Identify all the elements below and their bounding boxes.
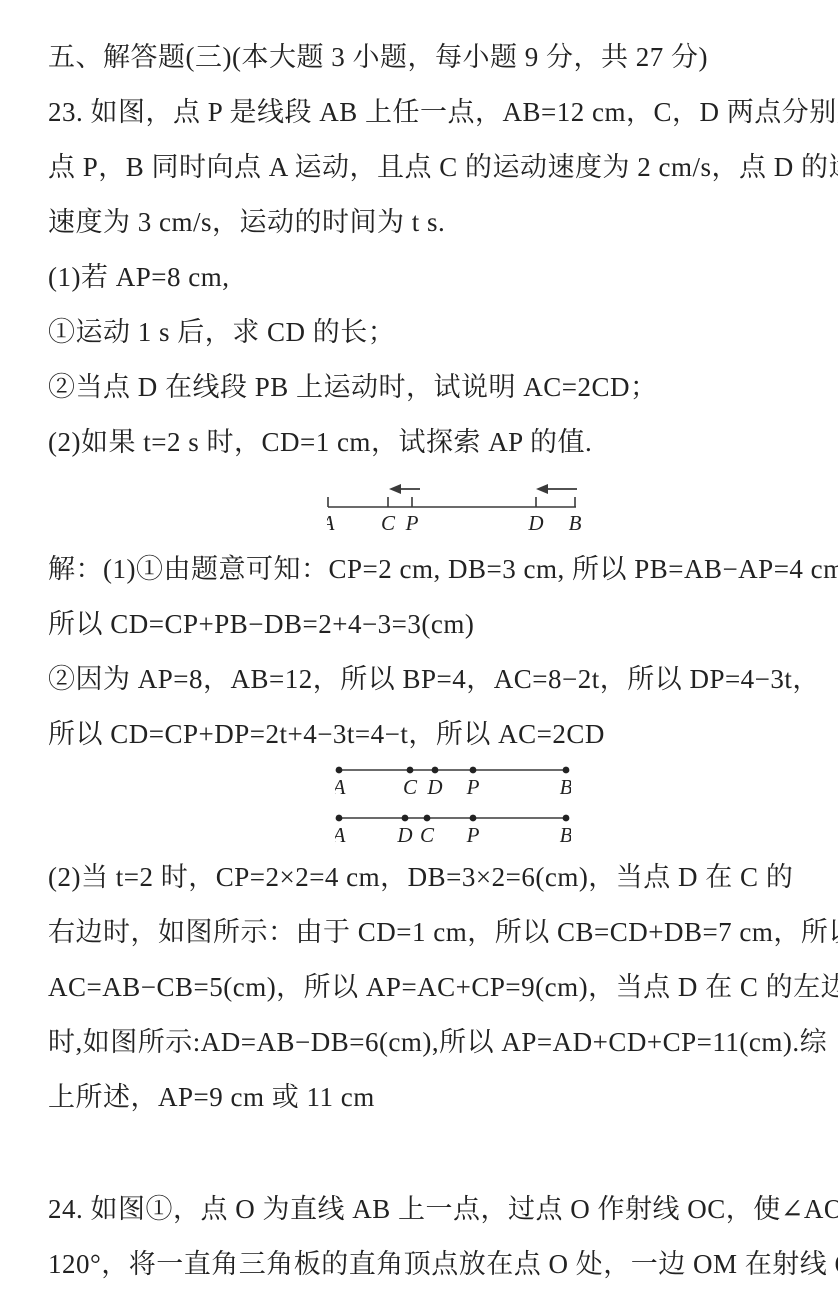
case2-label-d: D [396,823,412,847]
problem23-statement-line: (2)如果 t=2 s 时，CD=1 cm，试探索 AP 的值. [48,415,798,470]
case2-dot-p [470,815,477,822]
point-label-a: A [327,511,335,534]
problem23-solution-line: 所以 CD=CP+PB−DB=2+4−3=3(cm) [48,597,798,652]
case1-dot-c [407,767,414,774]
case1-dot-b [563,767,570,774]
problem23-statement-line: 点 P，B 同时向点 A 运动，且点 C 的运动速度为 2 cm/s，点 D 的… [48,140,798,195]
problem24-statement-line: 120°，将一直角三角板的直角顶点放在点 O 处，一边 OM 在射线 OB [48,1237,798,1292]
problem23-solution-line: 上所述，AP=9 cm 或 11 cm [48,1070,798,1125]
point-label-b: B [569,511,582,534]
section-heading: 五、解答题(三)(本大题 3 小题，每小题 9 分，共 27 分) [48,30,798,85]
case2-dot-c [424,815,431,822]
problem23-solution-line: 时,如图所示:AD=AB−DB=6(cm),所以 AP=AD+CD+CP=11(… [48,1015,798,1070]
case2-dot-b [563,815,570,822]
case1-label-p: P [466,775,480,799]
figure-segment-ab-with-moving-points: A C P D B [48,470,798,542]
left-arrow-d-head [536,484,548,494]
problem23-solution-line: AC=AB−CB=5(cm)，所以 AP=AC+CP=9(cm)，当点 D 在 … [48,960,798,1015]
case2-label-p: P [466,823,480,847]
worksheet-page: 五、解答题(三)(本大题 3 小题，每小题 9 分，共 27 分) 23. 如图… [0,0,838,1315]
case1-dot-p [470,767,477,774]
problem23-statement-line: ①运动 1 s 后，求 CD 的长； [48,305,798,360]
case1-label-d: D [426,775,442,799]
problem23-solution-line: ②因为 AP=8，AB=12，所以 BP=4，AC=8−2t，所以 DP=4−3… [48,652,798,707]
segment-diagram-cases: A C D P B A D C P B [335,762,571,850]
case2-label-a: A [335,823,346,847]
problem23-solution-line: 解：(1)①由题意可知：CP=2 cm, DB=3 cm, 所以 PB=AB−A… [48,542,798,597]
case2-label-c: C [420,823,435,847]
problem23-statement-line: 速度为 3 cm/s，运动的时间为 t s. [48,195,798,250]
problem23-statement-line: 23. 如图，点 P 是线段 AB 上任一点，AB=12 cm，C，D 两点分别… [48,85,798,140]
case1-label-b: B [560,775,571,799]
point-label-p: P [405,511,419,534]
case1-label-a: A [335,775,346,799]
case1-dot-a [336,767,343,774]
case1-label-c: C [403,775,418,799]
problem23-solution-line: (2)当 t=2 时，CP=2×2=4 cm，DB=3×2=6(cm)，当点 D… [48,850,798,905]
segment-diagram-main: A C P D B [327,470,587,534]
figure-two-cases-of-point-d: A C D P B A D C P B [48,762,798,850]
problem23-statement-line: (1)若 AP=8 cm, [48,250,798,305]
problem23-statement-line: ②当点 D 在线段 PB 上运动时，试说明 AC=2CD； [48,360,798,415]
left-arrow-c-head [389,484,401,494]
problem24-statement-line: 24. 如图①，点 O 为直线 AB 上一点，过点 O 作射线 OC，使∠AOC… [48,1182,798,1237]
case2-dot-d [402,815,409,822]
problem23-solution-line: 右边时，如图所示：由于 CD=1 cm，所以 CB=CD+DB=7 cm，所以 [48,905,798,960]
point-label-d: D [527,511,543,534]
case1-dot-d [432,767,439,774]
problem23-solution-line: 所以 CD=CP+DP=2t+4−3t=4−t，所以 AC=2CD [48,707,798,762]
case2-dot-a [336,815,343,822]
point-label-c: C [381,511,396,534]
case2-label-b: B [560,823,571,847]
